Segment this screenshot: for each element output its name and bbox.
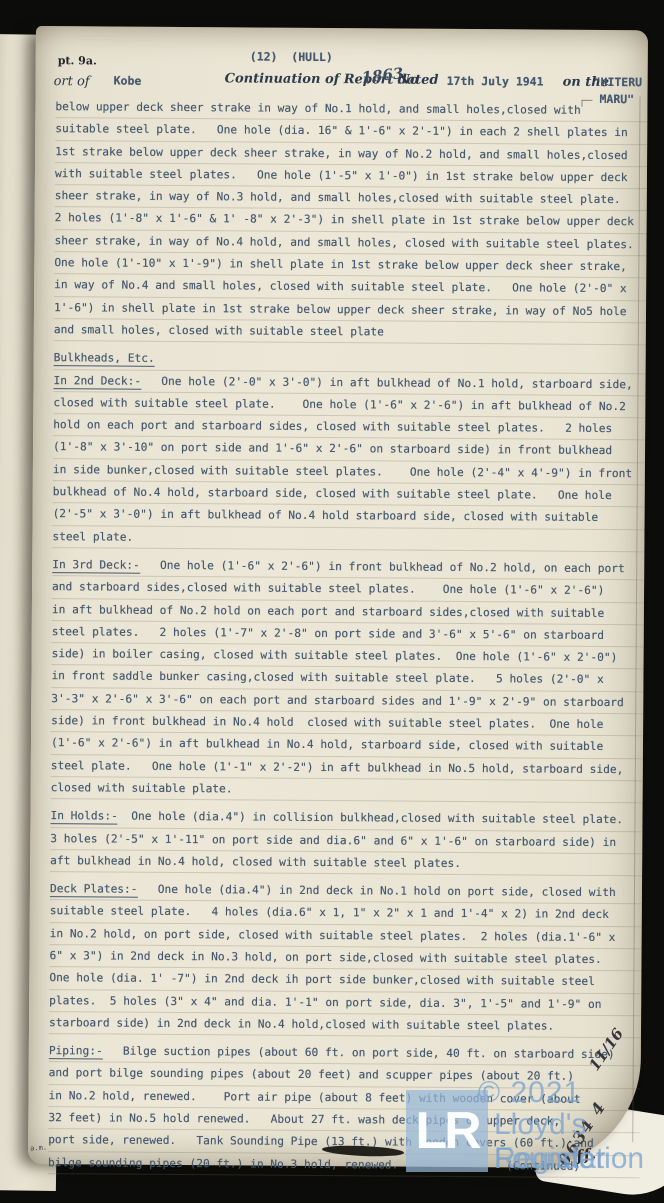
scanned-page: pt. 9a. (12) (HULL) ort of Kobe Continua… [0,0,664,1203]
section-heading: Bulkheads, Etc. [54,351,155,367]
section-heading: In 2nd Deck:- [53,374,141,390]
report-sheet: pt. 9a. (12) (HULL) ort of Kobe Continua… [28,26,648,1168]
report-text-line: and small holes, closed with suitable st… [54,319,646,345]
dated-label: dated [398,73,439,88]
port-of-label: ort of [54,74,90,89]
section-heading: In Holds:- [50,809,117,824]
section-heading: Piping:- [49,1044,103,1059]
report-body-text: below upper deck sheer strake in way of … [48,96,648,1178]
form-note: pt. 9a. [58,54,97,67]
report-date: 17th July 1941 [447,74,544,89]
scan-background: { "doc": { "header": { "form_note": "pt.… [0,0,664,1203]
ship-name-line1: "HITERU [594,75,643,89]
left-margin-footnote: a.m. [30,1144,47,1153]
section-heading: In 3rd Deck:- [52,558,140,574]
report-text-line: closed with suitable plate. [51,777,643,803]
port-value: Kobe [114,74,142,88]
section-heading: Deck Plates:- [50,882,138,898]
report-text-line: starboard side) in 2nd deck in No.4 hold… [49,1012,641,1038]
report-text-line: bilge sounding pipes (20 ft.) in No.3 ho… [48,1152,640,1178]
page-number-and-section: (12) (HULL) [250,49,333,64]
report-text-line: steel plate. [52,526,644,552]
report-text-line: aft bulkhead in No.4 hold, closed with s… [50,850,642,876]
